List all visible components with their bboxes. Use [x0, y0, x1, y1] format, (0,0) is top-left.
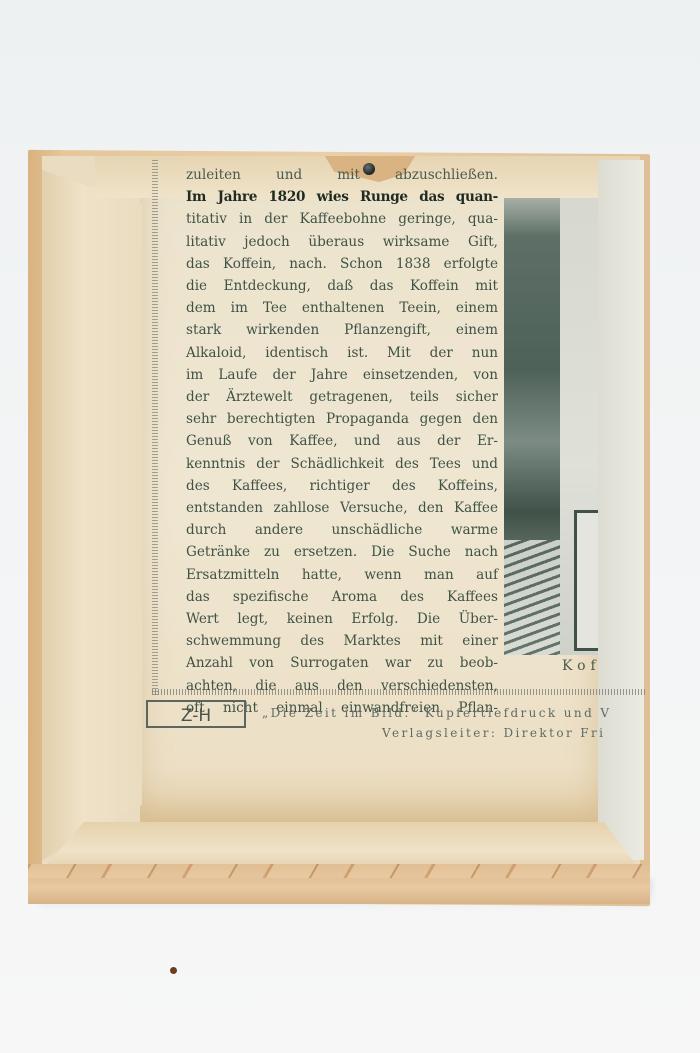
article-line: titativ in der Kaffeebohne geringe, qua-: [186, 208, 498, 230]
article-line: litativ jedoch überaus wirksame Gift,: [186, 231, 498, 253]
tape-bottom: [42, 822, 640, 870]
article-line: sehr berechtigten Propaganda gegen den: [186, 408, 498, 430]
frame-bottom-edge: [28, 864, 650, 904]
article-line: das spezifische Aroma des Kaffees: [186, 586, 498, 608]
article-line: Ersatzmitteln hatte, wenn man auf: [186, 564, 498, 586]
article-line: Im Jahre 1820 wies Runge das quan-: [186, 186, 498, 208]
article-line: stark wirkenden Pflanzengift, einem: [186, 319, 498, 341]
stamp-box: Z-H: [146, 700, 246, 728]
article-line: Wert legt, keinen Erfolg. Die Über-: [186, 608, 498, 630]
article-line: Anzahl von Surrogaten war zu beob-: [186, 652, 498, 674]
article-line: entstanden zahllose Versuche, den Kaffee: [186, 497, 498, 519]
article-line: Alkaloid, identisch ist. Mit der nun: [186, 342, 498, 364]
tape-left: [42, 170, 142, 860]
wood-grain: [28, 864, 650, 878]
article-line: im Laufe der Jahre einsetzenden, von: [186, 364, 498, 386]
article-line: der Ärztewelt getragenen, teils sicher: [186, 386, 498, 408]
debris-speck: [170, 967, 177, 974]
article-text: zuleiten und mit abzuschließen.Im Jahre …: [186, 164, 498, 719]
tape-right: [598, 160, 644, 860]
article-line: Genuß von Kaffee, und aus der Er-: [186, 430, 498, 452]
article-line: achten, die aus den verschiedensten,: [186, 675, 498, 697]
article-line: durch andere unschädliche warme: [186, 519, 498, 541]
imprint-line-2: Verlagsleiter: Direktor Fri: [262, 723, 648, 743]
article-line: das Koffein, nach. Schon 1838 erfolgte: [186, 253, 498, 275]
article-line: kenntnis der Schädlichkeit des Tees und: [186, 453, 498, 475]
article-line: die Entdeckung, daß das Koffein mit: [186, 275, 498, 297]
article-line: zuleiten und mit abzuschließen.: [186, 164, 498, 186]
imprint-line-1: „Die Zeit im Bild." Kupfertiefdruck und …: [262, 706, 611, 720]
column-rule-vertical: [152, 160, 158, 695]
printer-imprint: „Die Zeit im Bild." Kupfertiefdruck und …: [262, 703, 648, 743]
newspaper-photo: [504, 180, 598, 655]
article-line: des Kaffees, richtiger des Koffeins,: [186, 475, 498, 497]
article-line: dem im Tee enthaltenen Teein, einem: [186, 297, 498, 319]
article-line: schwemmung des Marktes mit einer: [186, 630, 498, 652]
article-line: Getränke zu ersetzen. Die Suche nach: [186, 541, 498, 563]
